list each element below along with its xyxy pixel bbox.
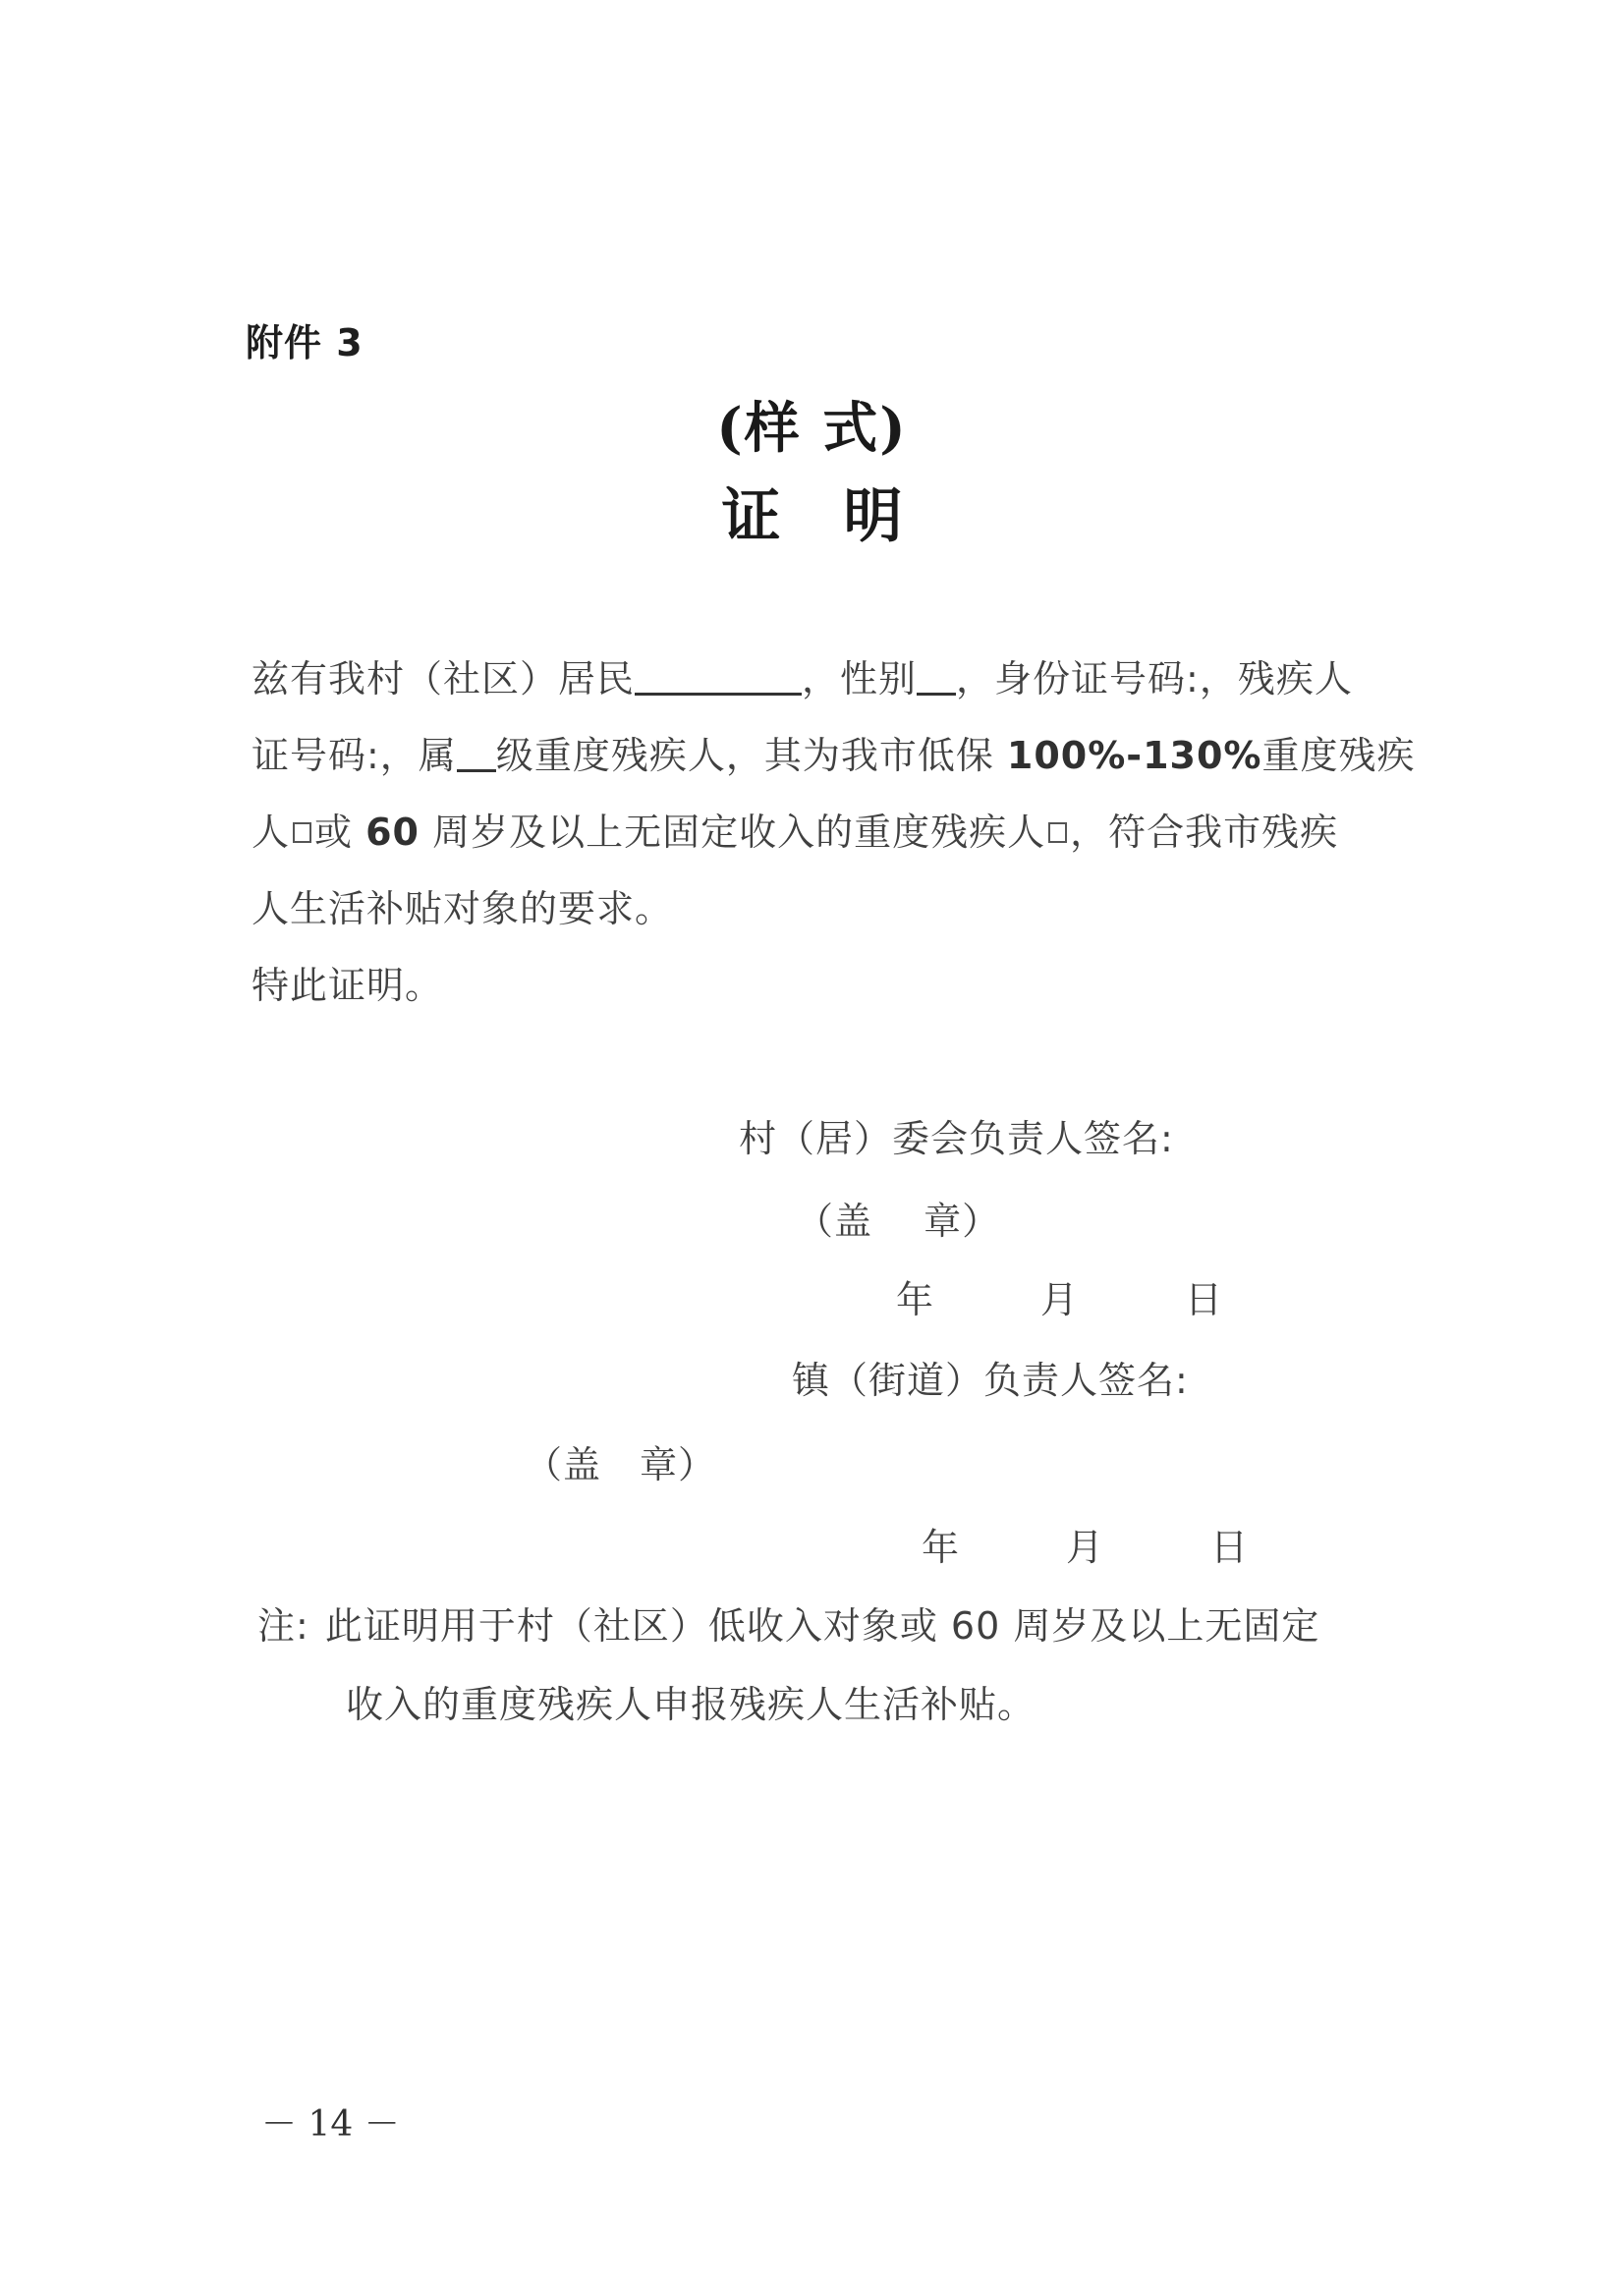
low-income-checkbox[interactable] bbox=[293, 822, 311, 843]
paragraph-line-2: 证号码:，属级重度残疾人，其为我市低保 100%-130%重度残疾 bbox=[252, 725, 1415, 779]
attachment-label: 附件 3 bbox=[246, 312, 364, 366]
paragraph-line-1: 兹有我村（社区）居民，性别，身份证号码:，残疾人 bbox=[252, 648, 1353, 702]
town-date: 年月日 bbox=[922, 1517, 1249, 1571]
gender-blank[interactable] bbox=[917, 657, 956, 696]
town-seal: （盖 章） bbox=[525, 1434, 716, 1488]
title-char-1: 证 bbox=[722, 470, 781, 554]
paragraph-line-3: 人或 60 周岁及以上无固定收入的重度残疾人，符合我市残疾 bbox=[252, 802, 1338, 856]
town-date-day: 日 bbox=[1210, 1517, 1249, 1571]
elderly-no-income-checkbox[interactable] bbox=[1048, 822, 1067, 843]
village-signature-label: 村（居）委会负责人签名: bbox=[739, 1108, 1174, 1162]
document-title: 证明 bbox=[0, 470, 1624, 554]
disability-level-blank[interactable] bbox=[457, 734, 496, 772]
document-page: 附件 3 (样 式) 证明 兹有我村（社区）居民，性别，身份证号码:，残疾人 证… bbox=[0, 0, 1624, 2295]
note-line-2: 收入的重度残疾人申报残疾人生活补贴。 bbox=[346, 1674, 1036, 1728]
town-date-year: 年 bbox=[922, 1517, 960, 1571]
document-subtitle: (样 式) bbox=[0, 385, 1624, 464]
town-signature-label: 镇（街道）负责人签名: bbox=[792, 1350, 1189, 1404]
village-date-day: 日 bbox=[1185, 1269, 1223, 1323]
village-seal: （盖 章） bbox=[796, 1191, 1000, 1245]
paragraph-line-4: 人生活补贴对象的要求。 bbox=[252, 878, 673, 932]
note-label: 注: bbox=[257, 1604, 309, 1648]
town-date-month: 月 bbox=[1066, 1517, 1104, 1571]
title-char-2: 明 bbox=[844, 470, 903, 554]
resident-name-blank[interactable] bbox=[635, 657, 802, 696]
village-date: 年月日 bbox=[896, 1269, 1223, 1323]
note-line-1: 注:此证明用于村（社区）低收入对象或 60 周岁及以上无固定 bbox=[257, 1595, 1319, 1650]
paragraph-line-5: 特此证明。 bbox=[252, 955, 443, 1009]
village-date-month: 月 bbox=[1040, 1269, 1079, 1323]
village-date-year: 年 bbox=[896, 1269, 934, 1323]
page-number: － 14 － bbox=[261, 2097, 400, 2147]
